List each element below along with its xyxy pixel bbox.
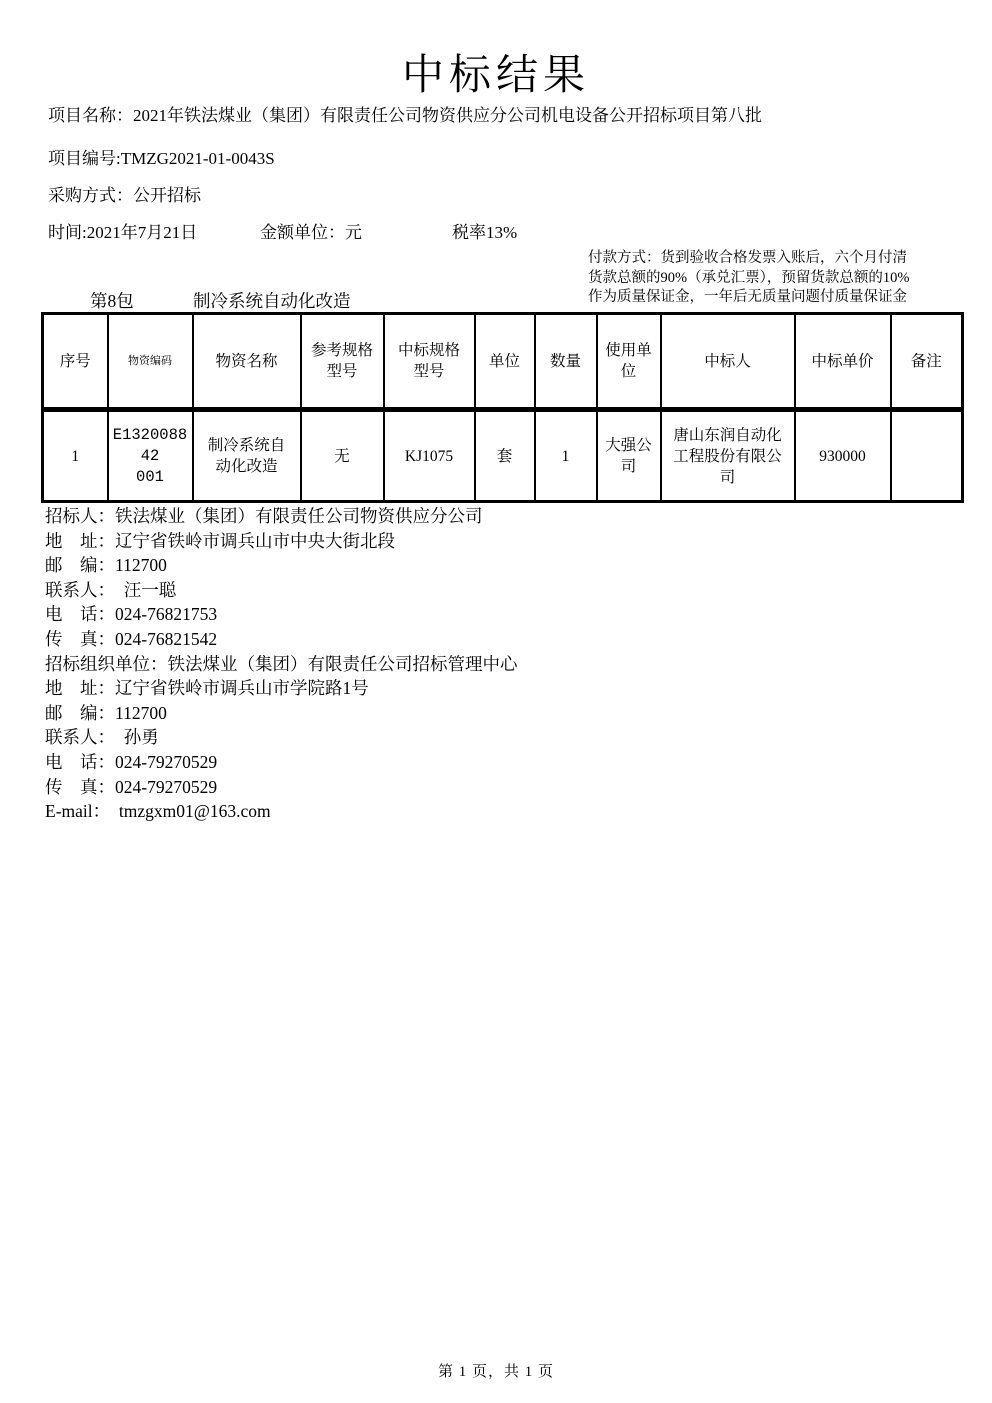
- page-footer: 第 1 页，共 1 页: [0, 1360, 992, 1381]
- cell-unit: 套: [475, 410, 535, 502]
- header-bid-spec: 中标规格 型号: [384, 314, 475, 410]
- bidder-zip-line: 邮 编：112700: [45, 553, 518, 578]
- header-seq: 序号: [43, 314, 108, 410]
- date-segment: 时间:2021年7月21日: [48, 223, 197, 242]
- cell-winner: 唐山东润自动化 工程股份有限公 司: [661, 410, 795, 502]
- header-ref-spec: 参考规格 型号: [301, 314, 384, 410]
- payment-terms-line: 货款总额的90%（承兑汇票），预留货款总额的10%: [588, 269, 960, 289]
- bidder-name-line: 招标人：铁法煤业（集团）有限责任公司物资供应分公司: [45, 504, 518, 529]
- organizer-address-line: 地 址：辽宁省铁岭市调兵山市学院路1号: [45, 676, 518, 701]
- procurement-method-value: 公开招标: [133, 186, 201, 205]
- organizer-zip-label: 邮 编：: [45, 703, 115, 723]
- payment-terms-line: 作为质量保证金，一年后无质量问题付质量保证金: [588, 288, 960, 308]
- date-label: 时间:: [48, 223, 87, 242]
- table-row: 1 E132008842 001 制冷系统自 动化改造 无 KJ1075 套 1…: [43, 410, 963, 502]
- bid-results-table-wrap: 序号 物资编码 物资名称 参考规格 型号 中标规格 型号 单位 数量 使用单 位…: [41, 312, 964, 503]
- document-page: 中标结果 项目名称：2021年铁法煤业（集团）有限责任公司物资供应分公司机电设备…: [0, 0, 992, 1403]
- cell-seq: 1: [43, 410, 108, 502]
- cell-ref-spec: 无: [301, 410, 384, 502]
- project-code-label: 项目编号:: [48, 149, 121, 168]
- organizer-zip-value: 112700: [115, 703, 167, 723]
- bidder-zip-value: 112700: [115, 555, 167, 575]
- package-number: 第8包: [90, 288, 134, 313]
- tax-rate-segment: 税率13%: [452, 218, 517, 243]
- organizer-email-line: E-mail： tmzgxm01@163.com: [45, 799, 518, 824]
- organizer-email-label: E-mail：: [45, 801, 119, 821]
- project-name-label: 项目名称：: [48, 106, 133, 125]
- bidder-address-value: 辽宁省铁岭市调兵山市中央大街北段: [115, 531, 395, 551]
- organizer-phone-value: 024-79270529: [115, 752, 217, 772]
- bidder-address-label: 地 址：: [45, 531, 115, 551]
- organizer-contact-label: 联系人：: [45, 727, 124, 747]
- organizer-name-value: 铁法煤业（集团）有限责任公司招标管理中心: [168, 654, 518, 674]
- header-material-name: 物资名称: [193, 314, 301, 410]
- cell-user-unit: 大强公 司: [597, 410, 661, 502]
- organizer-email-value: tmzgxm01@163.com: [119, 801, 271, 821]
- contact-block: 招标人：铁法煤业（集团）有限责任公司物资供应分公司 地 址：辽宁省铁岭市调兵山市…: [45, 504, 518, 824]
- amount-unit-segment: 金额单位：元: [260, 218, 362, 243]
- cell-remark: [891, 410, 963, 502]
- cell-bid-spec: KJ1075: [384, 410, 475, 502]
- bidder-fax-line: 传 真：024-76821542: [45, 627, 518, 652]
- organizer-zip-line: 邮 编：112700: [45, 701, 518, 726]
- header-qty: 数量: [535, 314, 597, 410]
- header-unit: 单位: [475, 314, 535, 410]
- organizer-phone-line: 电 话：024-79270529: [45, 750, 518, 775]
- bidder-contact-label: 联系人：: [45, 580, 124, 600]
- payment-terms: 付款方式：货到验收合格发票入账后，六个月付清 货款总额的90%（承兑汇票），预留…: [588, 249, 960, 308]
- bidder-zip-label: 邮 编：: [45, 555, 115, 575]
- bidder-name-label: 招标人：: [45, 506, 115, 526]
- organizer-fax-line: 传 真：024-79270529: [45, 775, 518, 800]
- project-name-line: 项目名称：2021年铁法煤业（集团）有限责任公司物资供应分公司机电设备公开招标项…: [48, 101, 762, 126]
- header-remark: 备注: [891, 314, 963, 410]
- organizer-contact-value: 孙勇: [124, 727, 159, 747]
- bidder-phone-value: 024-76821753: [115, 604, 217, 624]
- cell-material-name: 制冷系统自 动化改造: [193, 410, 301, 502]
- organizer-contact-line: 联系人： 孙勇: [45, 725, 518, 750]
- cell-unit-price: 930000: [795, 410, 891, 502]
- payment-terms-line: 付款方式：货到验收合格发票入账后，六个月付清: [588, 249, 960, 269]
- organizer-name-line: 招标组织单位：铁法煤业（集团）有限责任公司招标管理中心: [45, 652, 518, 677]
- organizer-address-label: 地 址：: [45, 678, 115, 698]
- tax-rate-value: 13%: [486, 223, 517, 242]
- header-user-unit: 使用单 位: [597, 314, 661, 410]
- package-name: 制冷系统自动化改造: [193, 288, 351, 313]
- project-name-value: 2021年铁法煤业（集团）有限责任公司物资供应分公司机电设备公开招标项目第八批: [133, 106, 762, 125]
- bidder-address-line: 地 址：辽宁省铁岭市调兵山市中央大街北段: [45, 529, 518, 554]
- cell-qty: 1: [535, 410, 597, 502]
- organizer-fax-label: 传 真：: [45, 777, 115, 797]
- bid-results-table: 序号 物资编码 物资名称 参考规格 型号 中标规格 型号 单位 数量 使用单 位…: [41, 312, 964, 503]
- bidder-phone-label: 电 话：: [45, 604, 115, 624]
- table-header-row: 序号 物资编码 物资名称 参考规格 型号 中标规格 型号 单位 数量 使用单 位…: [43, 314, 963, 410]
- header-unit-price: 中标单价: [795, 314, 891, 410]
- bidder-contact-line: 联系人： 汪一聪: [45, 578, 518, 603]
- bidder-contact-value: 汪一聪: [124, 580, 177, 600]
- bidder-name-value: 铁法煤业（集团）有限责任公司物资供应分公司: [115, 506, 483, 526]
- amount-unit-label: 金额单位：: [260, 223, 345, 242]
- organizer-name-label: 招标组织单位：: [45, 654, 168, 674]
- project-code-value: TMZG2021-01-0043S: [121, 149, 275, 168]
- cell-material-code: E132008842 001: [108, 410, 193, 502]
- date-value: 2021年7月21日: [87, 223, 198, 242]
- date-amount-tax-line: 时间:2021年7月21日 金额单位：元 税率13%: [48, 218, 197, 243]
- organizer-address-value: 辽宁省铁岭市调兵山市学院路1号: [115, 678, 369, 698]
- bidder-fax-value: 024-76821542: [115, 629, 217, 649]
- procurement-method-line: 采购方式：公开招标: [48, 181, 201, 206]
- header-winner: 中标人: [661, 314, 795, 410]
- amount-unit-value: 元: [345, 223, 362, 242]
- procurement-method-label: 采购方式：: [48, 186, 133, 205]
- project-code-line: 项目编号:TMZG2021-01-0043S: [48, 144, 275, 169]
- header-material-code: 物资编码: [108, 314, 193, 410]
- document-title: 中标结果: [0, 42, 992, 102]
- tax-rate-label: 税率: [452, 223, 486, 242]
- bidder-phone-line: 电 话：024-76821753: [45, 602, 518, 627]
- organizer-phone-label: 电 话：: [45, 752, 115, 772]
- organizer-fax-value: 024-79270529: [115, 777, 217, 797]
- bidder-fax-label: 传 真：: [45, 629, 115, 649]
